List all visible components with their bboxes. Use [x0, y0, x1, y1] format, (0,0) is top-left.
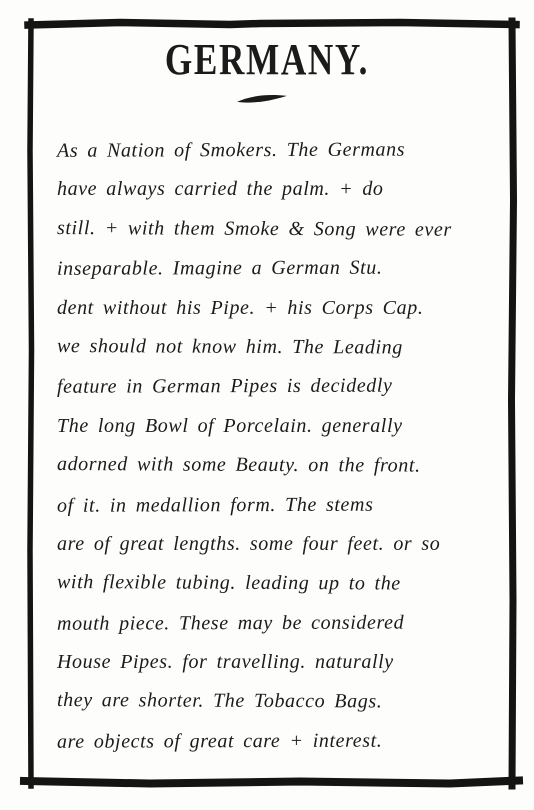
- handwritten-line: mouth piece. These may be considered: [57, 603, 507, 644]
- handwritten-line: feature in German Pipes is decidedly: [57, 367, 507, 408]
- handwritten-line: are objects of great care + interest.: [57, 721, 507, 762]
- border-top-stroke: [28, 23, 516, 26]
- manuscript-page: GERMANY. As a Nation of Smokers. The Ger…: [0, 0, 534, 810]
- handwritten-line: they are shorter. The Tobacco Bags.: [57, 681, 507, 722]
- handwritten-line: inseparable. Imagine a German Stu.: [57, 248, 507, 289]
- border-bottom-stroke: [24, 781, 519, 784]
- flourish-shape: [237, 94, 287, 104]
- handwritten-line: have always carried the palm. + do: [57, 170, 507, 209]
- handwritten-line: we should not know him. The Leading: [57, 327, 507, 368]
- handwritten-line: dent without his Pipe. + his Corps Cap.: [57, 289, 507, 328]
- handwritten-line: adorned with some Beauty. on the front.: [57, 445, 507, 486]
- border-left-stroke: [30, 21, 32, 786]
- handwritten-line: House Pipes. for travelling. naturally: [57, 643, 507, 682]
- handwritten-text: As a Nation of Smokers. The Germanshave …: [57, 131, 507, 761]
- handwritten-line: still. + with them Smoke & Song were eve…: [57, 209, 507, 250]
- border-right-stroke: [512, 21, 514, 786]
- handwritten-line: are of great lengths. some four feet. or…: [57, 525, 507, 564]
- page-title: GERMANY.: [53, 36, 480, 84]
- handwritten-line: The long Bowl of Porcelain. generally: [57, 407, 507, 446]
- title-flourish-icon: [237, 91, 290, 107]
- handwritten-line: of it. in medallion form. The stems: [57, 485, 507, 526]
- handwritten-line: As a Nation of Smokers. The Germans: [57, 130, 507, 171]
- handwritten-line: with flexible tubing. leading up to the: [57, 563, 507, 604]
